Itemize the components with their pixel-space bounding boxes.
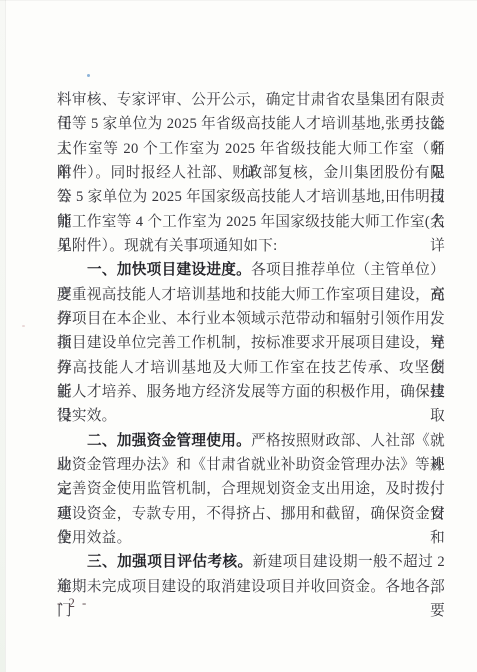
scanned-document-page: 料审核、专家评审、公开公示，确定甘肃省农垦集团有限责任公司等 5 家单位为 20… [0, 0, 477, 672]
text-line: 挥项目在本企业、本行业本领域示范带动和辐射引领作用，指导 [57, 307, 445, 331]
scan-top-line [0, 0, 477, 1]
text-line: 等 5 家单位为 2025 年国家级高技能人才培训基地,田伟明技能大 [57, 185, 445, 209]
scan-speck-blue-icon [87, 74, 90, 77]
text-line: 师工作室等 4 个工作室为 2025 年国家级技能大师工作室(名单详 [57, 210, 445, 234]
text-line: 建设资金，专款专用，不得挤占、挪用和截留，确保资金安全和 [57, 502, 445, 526]
text-line: 完善资金使用监管机制，合理规划资金支出用途，及时拨付项目 [57, 477, 445, 501]
text-line: 能人才培养、服务地方经济发展等方面的积极作用，确保建设取 [57, 380, 445, 404]
section-heading-run: 三、加强项目评估考核。 [87, 554, 253, 570]
text-line: 司等 5 家单位为 2025 年省级高技能人才培训基地,张勇技能大师 [57, 112, 445, 136]
text-line: 一、加快项目建设进度。各项目推荐单位（主管单位）要高 [57, 258, 445, 282]
text-line: 逾期未完成项目建设的取消建设项目并收回资金。各地各部门要 [57, 575, 445, 599]
text-line: 助资金管理办法》和《甘肃省就业补助资金管理办法》等规定， [57, 453, 445, 477]
text-line: 挥高技能人才培训基地及大师工作室在技艺传承、攻坚创新、技 [57, 356, 445, 380]
text-line: 三、加强项目评估考核。新建项目建设期一般不超过 2 年， [57, 550, 445, 574]
text-line: 二、加强资金管理使用。严格按照财政部、人社部《就业补 [57, 429, 445, 453]
text-line: 项目建设单位完善工作机制，按标准要求开展项目建设，充分发 [57, 331, 445, 355]
text-line: 附件）。同时报经人社部、财政部复核，金川集团股份有限公司 [57, 161, 445, 185]
text-line: 度重视高技能人才培训基地和技能大师工作室项目建设，充分发 [57, 283, 445, 307]
text-line: 工作室等 20 个工作室为 2025 年省级技能大师工作室（名单详见 [57, 137, 445, 161]
section-heading-run: 一、加快项目建设进度。 [87, 262, 251, 278]
page-number: - 2 - [57, 595, 88, 612]
text-run: 得实效。 [57, 408, 117, 424]
text-run: 使用效益。 [57, 530, 131, 546]
text-line: 料审核、专家评审、公开公示，确定甘肃省农垦集团有限责任公 [57, 88, 445, 112]
document-body: 料审核、专家评审、公开公示，确定甘肃省农垦集团有限责任公司等 5 家单位为 20… [57, 88, 445, 599]
scan-speck-pink-icon [22, 325, 25, 327]
section-heading-run: 二、加强资金管理使用。 [87, 433, 251, 449]
text-run: 逾期未完成项目建设的取消建设项目并收回资金。各地各部门要 [57, 579, 445, 619]
scan-edge-line [5, 0, 6, 672]
text-run: 见附件）。现就有关事项通知如下: [57, 238, 277, 254]
